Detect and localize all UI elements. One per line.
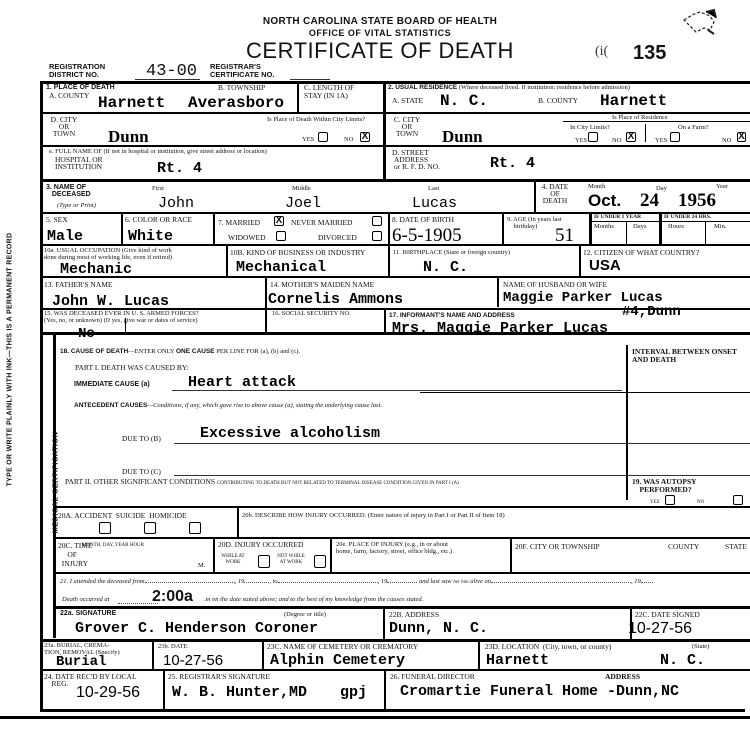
death-time-value: 2:00a — [152, 588, 193, 606]
certifier-address-label: 22b. ADDRESS — [389, 611, 439, 619]
in-city-no-label: NO — [612, 137, 621, 144]
divider — [54, 537, 750, 539]
divider — [262, 640, 264, 669]
medical-certification-label: MEDICAL CERTIFICATION — [51, 423, 60, 543]
burial-value: Burial — [56, 654, 106, 670]
divider — [645, 124, 646, 142]
citizen-label: 12. CITIZEN OF WHAT COUNTRY? — [583, 249, 699, 257]
middle-name-value: Joel — [285, 195, 321, 212]
interval-label: INTERVAL BETWEEN ONSET AND DEATH — [632, 348, 747, 364]
cemetery-value: Alphin Cemetery — [270, 652, 405, 669]
sex-label: 5. SEX — [46, 216, 68, 224]
under-24-label: IF UNDER 24 HRS. — [664, 214, 711, 221]
in-city-yes-label: YES — [575, 137, 587, 144]
agency-name: NORTH CAROLINA STATE BOARD OF HEALTH — [200, 16, 560, 27]
death-occurred-text: Death occurred at — [62, 596, 109, 603]
registrars-certificate-label: REGISTRAR'SCERTIFICATE NO. — [210, 63, 310, 79]
time-m-label: M. — [198, 562, 205, 569]
divider — [40, 276, 750, 278]
divider — [297, 81, 299, 112]
registrar-signature-value: W. B. Hunter,MD — [172, 684, 307, 701]
divider — [659, 213, 662, 244]
divider — [510, 538, 512, 572]
township-label: b. TOWNSHIP — [218, 84, 265, 92]
suicide-checkbox[interactable] — [144, 522, 156, 534]
divider — [40, 179, 750, 182]
divider-col-2 — [383, 81, 386, 180]
registrar-initials: gpj — [340, 684, 367, 701]
location-state-value: N. C. — [660, 652, 705, 669]
divider — [626, 221, 627, 244]
on-farm-yes-checkbox[interactable] — [670, 132, 680, 142]
registrars-certificate-underline — [290, 79, 330, 80]
on-farm-no-checkbox[interactable]: X — [737, 132, 746, 142]
location-state-label: (State) — [692, 643, 709, 650]
part1-label: PART I. DEATH WAS CAUSED BY: — [75, 364, 189, 372]
divorced-checkbox[interactable] — [372, 231, 382, 241]
deceased-name-label: 3. NAME OF DECEASED — [46, 184, 91, 198]
mother-label: 14. MOTHER'S MAIDEN NAME — [270, 281, 374, 289]
attended-statement: 21. I attended the deceased from, 19, to… — [60, 578, 750, 586]
on-farm-label: On a Farm? — [678, 124, 709, 131]
injury-county-label: COUNTY — [668, 543, 699, 551]
seal-mark — [680, 8, 718, 38]
divider — [54, 572, 750, 574]
due-to-c-line — [174, 475, 750, 476]
autopsy-no-checkbox[interactable] — [733, 495, 743, 505]
never-married-label: NEVER MARRIED — [291, 219, 352, 227]
widowed-label: WIDOWED — [228, 234, 266, 242]
race-value: White — [128, 228, 173, 245]
death-county-value: Harnett — [98, 94, 165, 112]
divider — [330, 538, 332, 572]
divider — [40, 212, 750, 214]
residence-state-value: N. C. — [440, 92, 488, 110]
birthplace-label: 11. BIRTHPLACE (State or foreign country… — [393, 249, 510, 256]
hospital-value: Rt. 4 — [157, 160, 202, 177]
death-year-value: 1956 — [678, 190, 716, 212]
within-limits-no-label: NO — [344, 136, 353, 143]
within-limits-yes-checkbox[interactable] — [318, 132, 328, 142]
death-month-value: Oct. — [588, 191, 621, 211]
certificate-stamp-number: 135 — [633, 42, 666, 65]
due-to-b-line — [174, 443, 750, 444]
while-at-work-label: WHILE AT WORK — [218, 554, 248, 566]
county-label: a. COUNTY — [49, 92, 89, 100]
divider — [163, 670, 165, 709]
birthplace-value: N. C. — [423, 259, 468, 276]
hospital-label-2: HOSPITAL ORINSTITUTION — [55, 156, 103, 170]
not-while-at-work-label: NOT WHILE AT WORK — [275, 554, 307, 566]
antecedent-causes-label: ANTECEDENT CAUSES—Conditions, if any, wh… — [74, 402, 624, 409]
not-while-at-work-checkbox[interactable] — [314, 555, 326, 568]
ssn-label: 16. SOCIAL SECURITY NO. — [272, 310, 351, 317]
father-label: 13. FATHER'S NAME — [44, 281, 113, 289]
degree-label: (Degree or title) — [284, 611, 326, 618]
on-farm-no-label: NO — [722, 137, 731, 144]
mother-value: Cornelis Ammons — [268, 291, 403, 308]
divider — [40, 332, 750, 335]
autopsy-no-label: NO — [697, 499, 704, 506]
homicide-checkbox[interactable] — [189, 522, 201, 534]
due-to-b-value: Excessive alcoholism — [200, 425, 380, 442]
middle-name-label: Middle — [292, 185, 311, 192]
autopsy-yes-checkbox[interactable] — [665, 495, 675, 505]
date-received-value: 10-29-56 — [76, 684, 140, 702]
death-township-value: Averasboro — [188, 94, 284, 112]
accident-checkbox[interactable] — [99, 522, 111, 534]
due-to-c-label: DUE TO (c) — [122, 468, 161, 476]
certifier-signature-value: Grover C. Henderson Coroner — [75, 620, 318, 637]
divider — [383, 607, 385, 640]
immediate-cause-label: IMMEDIATE CAUSE (a) — [74, 381, 150, 389]
place-of-injury-label: 20e. PLACE OF INJURY (e.g., in or abouth… — [336, 541, 508, 555]
city-township-label: 20f. CITY OR TOWNSHIP — [515, 543, 600, 551]
days-label: Days — [633, 223, 646, 230]
occupation-value: Mechanic — [60, 261, 132, 278]
under-1-year-label: IF UNDER 1 YEAR — [594, 214, 641, 221]
informant-label: 17. INFORMANT'S NAME AND ADDRESS — [389, 312, 515, 320]
residence-city-value: Dunn — [442, 127, 483, 147]
hours-label: Hours — [668, 223, 684, 230]
on-farm-yes-label: YES — [655, 137, 667, 144]
within-limits-yes-label: YES — [302, 136, 314, 143]
divider — [579, 245, 581, 276]
due-to-b-label: DUE TO (b) — [122, 435, 161, 443]
cause-section-label: 18. CAUSE OF DEATH—ENTER ONLY ONE CAUSE … — [60, 348, 620, 355]
divider — [626, 345, 628, 500]
divider — [384, 309, 386, 332]
residence-state-label: a. STATE — [392, 97, 423, 105]
birth-label: 8. DATE OF BIRTH — [392, 216, 454, 224]
residence-city-label: c. CITYORTOWN — [392, 116, 422, 137]
age-value: 51 — [555, 225, 574, 247]
divider — [384, 670, 386, 709]
last-name-label: Last — [428, 185, 439, 192]
residence-street-value: Rt. 4 — [490, 155, 535, 172]
death-city-value: Dunn — [108, 127, 149, 147]
while-at-work-checkbox[interactable] — [258, 555, 270, 568]
burial-date-value: 10-27-56 — [163, 652, 223, 669]
office-name: OFFICE OF VITAL STATISTICS — [200, 28, 560, 38]
divider — [590, 221, 750, 222]
injury-occurred-label: 20d. INJURY OCCURRED — [218, 541, 303, 549]
sex-value: Male — [47, 228, 83, 245]
divider — [237, 507, 239, 537]
in-city-limits-label: In City Limits? — [570, 124, 610, 131]
immediate-cause-value: Heart attack — [188, 374, 296, 391]
divider — [40, 669, 750, 671]
birth-value: 6-5-1905 — [392, 225, 462, 247]
date-signed-value: 10-27-56 — [628, 620, 692, 638]
time-sub-label: MONTH, DAY, YEAR HOUR — [82, 542, 144, 549]
armed-forces-label: 15. WAS DECEASED EVER IN U. S. ARMED FOR… — [44, 310, 269, 324]
industry-label: 10b. KIND OF BUSINESS OR INDUSTRY — [230, 249, 365, 257]
residence-street-label: d. STREET ADDRESS or R. F. D. NO. — [392, 149, 440, 170]
months-label: Months — [594, 223, 614, 230]
min-label: Min. — [714, 223, 726, 230]
in-city-no-checkbox[interactable]: X — [626, 132, 636, 142]
divider — [226, 245, 228, 276]
frame-bottom — [40, 709, 745, 712]
first-name-value: John — [158, 195, 194, 212]
divider — [563, 121, 750, 122]
autopsy-label: 19. WAS AUTOPSY PERFORMED? — [632, 478, 697, 494]
location-label: 23d. LOCATION (City, town, or county) — [485, 643, 611, 651]
in-city-yes-checkbox[interactable] — [588, 132, 598, 142]
stamp-prefix: (i( — [595, 44, 608, 60]
race-label: 6. COLOR OR RACE — [125, 216, 192, 224]
signature-label: 22a. SIGNATURE — [60, 610, 116, 618]
month-label: Month — [588, 183, 605, 190]
citizen-value: USA — [589, 257, 621, 274]
date-of-death-label: 4. DATEOFDEATH — [538, 183, 572, 204]
autopsy-yes-label: YES — [650, 499, 659, 506]
funeral-address-label: ADDRESS — [605, 673, 640, 681]
married-checkbox[interactable]: X — [274, 216, 284, 226]
divider — [497, 277, 499, 307]
divider — [213, 213, 215, 244]
usual-residence-label: 2. USUAL RESIDENCE (Where deceased lived… — [388, 84, 748, 91]
describe-injury-label: 20b. DESCRIBE HOW INJURY OCCURRED. (Ente… — [242, 512, 742, 519]
date-signed-label: 22c. DATE SIGNED — [635, 611, 700, 619]
document-title: CERTIFICATE OF DEATH — [200, 38, 560, 64]
type-or-print-label: (Type or Print) — [57, 202, 96, 209]
death-occurred-suffix: .m on the date stated above; and to the … — [204, 596, 423, 603]
within-limits-label: Is Place of Death Within City Limits? — [267, 116, 382, 123]
residence-county-value: Harnett — [600, 92, 667, 110]
death-day-value: 24 — [640, 190, 659, 212]
divider — [478, 640, 480, 669]
residence-county-label: b. COUNTY — [538, 97, 578, 105]
registration-district-label: REGISTRATIONDISTRICT NO. — [49, 63, 137, 79]
occupation-label: 10a. USUAL OCCUPATION (Give kind of work… — [44, 247, 224, 261]
frame-left — [40, 81, 43, 712]
cemetery-label: 23c. NAME OF CEMETERY OR CREMATORY — [267, 643, 418, 651]
injury-state-label: STATE — [725, 543, 747, 551]
within-limits-no-checkbox[interactable]: X — [360, 132, 370, 142]
funeral-director-label: 26. FUNERAL DIRECTOR — [390, 673, 475, 681]
accident-suicide-homicide-label: 20a. ACCIDENT SUICIDE HOMICIDE — [58, 512, 187, 520]
industry-value: Mechanical — [236, 259, 326, 276]
divider — [589, 213, 592, 244]
place-of-residence-label: Is Place of Residence — [612, 114, 668, 121]
divider — [534, 180, 536, 213]
length-of-stay-label: C. LENGTH OFSTAY (in 1a) — [304, 84, 379, 100]
death-city-label: d. CITYORTOWN — [49, 116, 79, 137]
part2-label: PART II. OTHER SIGNIFICANT CONDITIONS CO… — [65, 478, 625, 488]
divider — [152, 640, 154, 669]
location-value: Harnett — [486, 652, 549, 669]
divorced-label: DIVORCED — [318, 234, 357, 242]
divider — [502, 213, 504, 244]
side-instruction: TYPE OR WRITE PLAINLY WITH INK—THIS IS A… — [7, 183, 14, 537]
hospital-label: e. FULL NAME OF (If not in hospital or i… — [49, 148, 379, 155]
divider — [420, 392, 750, 393]
age-label: 9. AGE (In years last birthday) — [507, 216, 587, 230]
year-label: Year — [716, 183, 728, 190]
certifier-address-value: Dunn, N. C. — [389, 620, 488, 637]
divider — [121, 213, 123, 244]
divider — [705, 221, 706, 244]
father-value: John W. Lucas — [52, 293, 169, 310]
never-married-checkbox[interactable] — [372, 216, 382, 226]
divider — [54, 606, 750, 609]
registration-district-underline — [135, 79, 200, 80]
last-name-value: Lucas — [412, 195, 457, 212]
divider — [213, 538, 215, 572]
registrar-signature-label: 25. REGISTRAR'S SIGNATURE — [168, 673, 270, 681]
page-bottom-rule — [0, 716, 750, 719]
funeral-director-value: Cromartie Funeral Home -Dunn,NC — [400, 683, 679, 700]
first-name-label: First — [152, 185, 164, 192]
married-label: 7. MARRIED — [218, 219, 260, 227]
widowed-checkbox[interactable] — [276, 231, 286, 241]
divider — [54, 506, 750, 508]
spouse-label: NAME OF HUSBAND OR WIFE — [503, 281, 607, 289]
burial-date-label: 23b. DATE — [158, 643, 188, 650]
informant-address-value: #4,Dunn — [622, 304, 681, 320]
